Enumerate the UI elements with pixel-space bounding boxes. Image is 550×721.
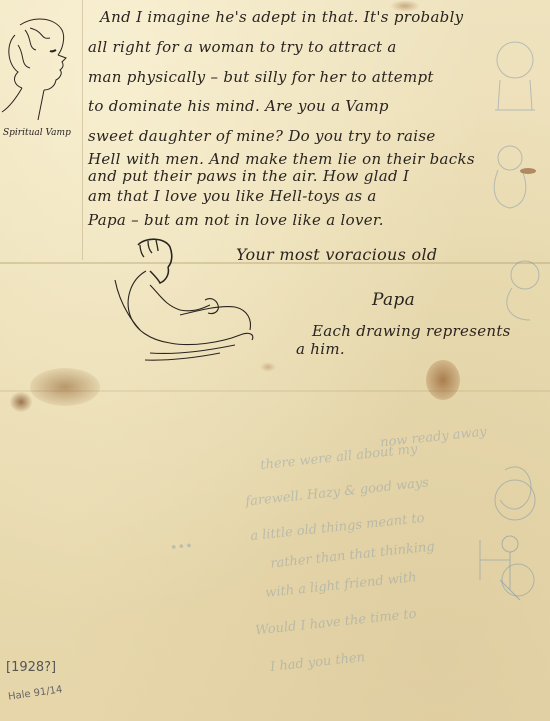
letter-line: Hell with men. And make them lie on thei… — [88, 150, 475, 168]
letter-line: to dominate his mind. Are you a Vamp — [88, 97, 389, 115]
letter-page: now ready away there were all about my f… — [0, 0, 550, 721]
signature: Papa — [372, 290, 415, 310]
water-stain — [30, 368, 100, 406]
letter-line: And I imagine he's adept in that. It's p… — [100, 8, 463, 26]
postscript-line: a him. — [296, 340, 345, 358]
letter-line: all right for a woman to try to attract … — [88, 38, 397, 56]
bleed-through-text: a little old things meant to — [250, 511, 425, 544]
bleed-through-text: rather than that thinking — [270, 539, 436, 571]
water-stain — [10, 392, 32, 412]
bleed-through-text: farewell. Hazy & good ways — [245, 475, 430, 509]
margin-line — [82, 0, 83, 260]
letter-line: man physically – but silly for her to at… — [88, 68, 434, 86]
water-stain — [426, 360, 460, 400]
profile-sketch — [0, 10, 80, 140]
faint-balloon-sketch — [480, 530, 540, 610]
catalog-note: Hale 91/14 — [8, 684, 64, 702]
letter-line: am that I love you like Hell-toys as a — [88, 187, 377, 205]
bleed-through-text: ••• — [169, 539, 193, 556]
letter-line: and put their paws in the air. How glad … — [88, 167, 409, 185]
letter-line: Papa – but am not in love like a lover. — [88, 211, 384, 229]
bleed-through-text: I had you then — [269, 650, 365, 675]
bleed-through-text: there were all about my — [260, 442, 418, 473]
bleed-through-text: Would I have the time to — [255, 607, 418, 639]
date-note: [1928?] — [6, 660, 56, 675]
sketch-caption: Spiritual Vamp — [3, 128, 71, 138]
bleed-through-text: with a light friend with — [265, 570, 418, 601]
letter-line: sweet daughter of mine? Do you try to ra… — [88, 127, 436, 145]
closing-line: Your most voracious old — [236, 245, 437, 264]
